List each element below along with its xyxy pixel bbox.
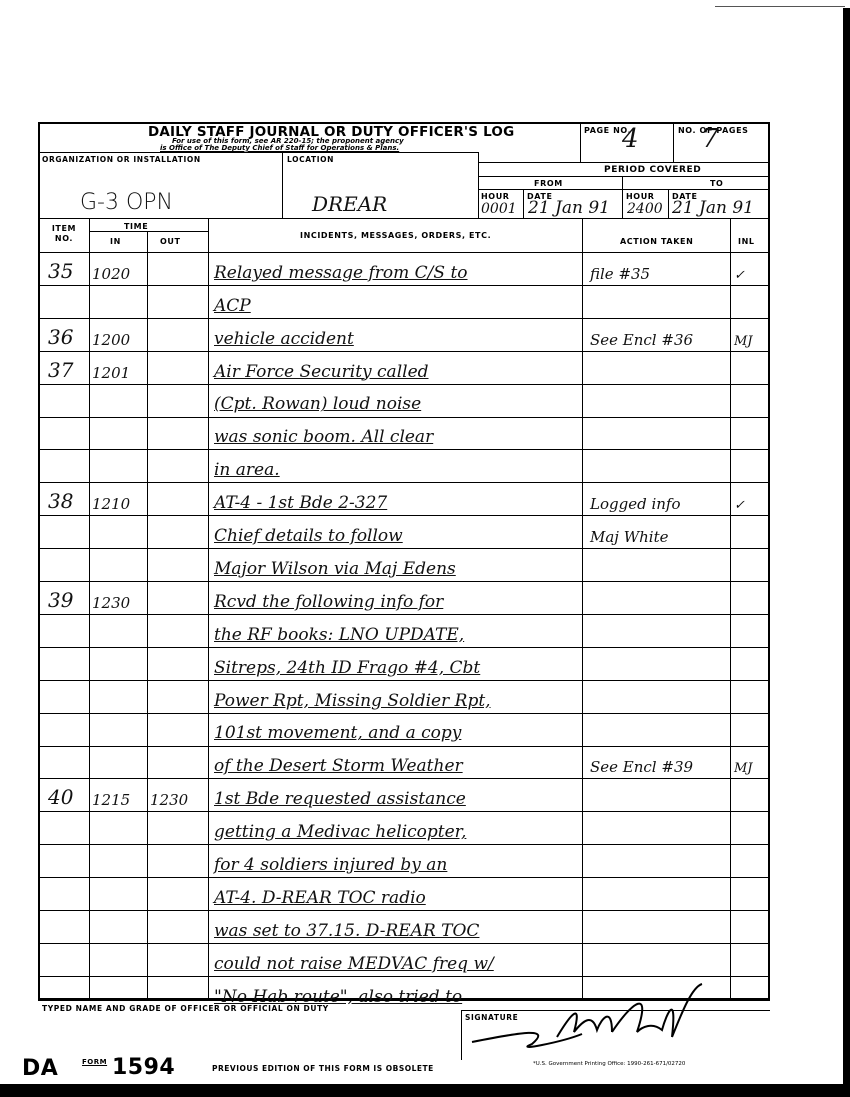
action-taken-cell[interactable]: See Encl #36 — [590, 331, 693, 349]
from-hour-label: HOUR — [481, 192, 510, 201]
incidents-header: INCIDENTS, MESSAGES, ORDERS, ETC. — [300, 231, 491, 240]
previous-edition-note: PREVIOUS EDITION OF THIS FORM IS OBSOLET… — [212, 1064, 434, 1073]
action-taken-cell[interactable]: file #35 — [590, 265, 650, 283]
inl-cell[interactable]: MJ — [734, 334, 753, 349]
item-no-cell[interactable]: 38 — [48, 489, 73, 513]
from-date-value[interactable]: 21 Jan 91 — [528, 198, 610, 218]
from-hour-value[interactable]: 0001 — [481, 201, 517, 217]
row-divider — [38, 548, 770, 549]
time-in-cell[interactable]: 1200 — [92, 331, 130, 349]
time-in-header: IN — [110, 237, 121, 246]
divider — [282, 152, 283, 218]
divider — [478, 152, 479, 218]
divider — [668, 189, 669, 218]
divider — [523, 189, 524, 218]
divider — [673, 122, 674, 162]
table-row: of the Desert Storm WeatherSee Encl #39M… — [38, 746, 770, 779]
table-row: Sitreps, 24th ID Frago #4, Cbt — [38, 647, 770, 680]
divider — [580, 122, 581, 162]
incident-cell[interactable]: Sitreps, 24th ID Frago #4, Cbt — [214, 658, 480, 678]
table-row: 351020Relayed message from C/S tofile #3… — [38, 252, 770, 285]
table-row: 101st movement, and a copy — [38, 713, 770, 746]
time-in-cell[interactable]: 1230 — [92, 594, 130, 612]
item-no-cell[interactable]: 36 — [48, 325, 73, 349]
time-in-cell[interactable]: 1020 — [92, 265, 130, 283]
incident-cell[interactable]: Relayed message from C/S to — [214, 263, 468, 283]
row-divider — [38, 384, 770, 385]
table-row: in area. — [38, 449, 770, 482]
divider — [478, 176, 770, 177]
incident-cell[interactable]: Major Wilson via Maj Edens — [214, 559, 456, 579]
row-divider — [38, 252, 770, 253]
incident-cell[interactable]: the RF books: LNO UPDATE, — [214, 625, 464, 645]
form-prefix: DA — [22, 1056, 58, 1081]
incident-cell[interactable]: for 4 soldiers injured by an — [214, 855, 447, 875]
time-out-cell[interactable]: 1230 — [150, 791, 188, 809]
row-divider — [38, 976, 770, 977]
form-word: FORM — [82, 1058, 107, 1066]
organization-value[interactable]: G-3 OPN — [80, 190, 173, 215]
printing-office-note: *U.S. Government Printing Office: 1990-2… — [533, 1061, 685, 1067]
action-taken-header: ACTION TAKEN — [620, 237, 693, 246]
to-hour-value[interactable]: 2400 — [627, 201, 663, 217]
action-taken-cell[interactable]: See Encl #39 — [590, 758, 693, 776]
time-in-cell[interactable]: 1215 — [92, 791, 130, 809]
to-hour-label: HOUR — [626, 192, 655, 201]
incident-cell[interactable]: AT-4. D-REAR TOC radio — [214, 888, 426, 908]
item-no-cell[interactable]: 39 — [48, 588, 73, 612]
location-value[interactable]: DREAR — [312, 192, 387, 216]
time-out-header: OUT — [160, 237, 181, 246]
time-in-cell[interactable]: 1201 — [92, 364, 130, 382]
row-divider — [38, 417, 770, 418]
organization-label: ORGANIZATION OR INSTALLATION — [42, 155, 201, 164]
table-row: 361200vehicle accidentSee Encl #36MJ — [38, 318, 770, 351]
item-no-cell[interactable]: 35 — [48, 259, 73, 283]
table-row: 40121512301st Bde requested assistance — [38, 778, 770, 811]
divider — [478, 189, 770, 190]
form-number: 1594 — [112, 1055, 175, 1080]
signature-scribble-icon — [462, 982, 762, 1052]
incident-cell[interactable]: Air Force Security called — [214, 362, 429, 382]
from-label: FROM — [534, 179, 563, 188]
table-row: was set to 37.15. D-REAR TOC — [38, 910, 770, 943]
table-row: Power Rpt, Missing Soldier Rpt, — [38, 680, 770, 713]
table-row: 381210AT-4 - 1st Bde 2-327Logged info✓ — [38, 482, 770, 515]
row-divider — [38, 647, 770, 648]
incident-cell[interactable]: getting a Medivac helicopter, — [214, 822, 466, 842]
incident-cell[interactable]: was set to 37.15. D-REAR TOC — [214, 921, 479, 941]
to-date-value[interactable]: 21 Jan 91 — [672, 198, 754, 218]
incident-cell[interactable]: ACP — [214, 296, 251, 316]
scan-edge-top-line — [715, 6, 845, 7]
period-covered-label: PERIOD COVERED — [604, 165, 701, 175]
divider — [38, 152, 478, 153]
row-divider — [38, 778, 770, 779]
scan-edge-bottom — [0, 1084, 850, 1097]
table-row: for 4 soldiers injured by an — [38, 844, 770, 877]
item-no-header: ITEM NO. — [44, 224, 84, 244]
action-taken-cell[interactable]: Logged info — [590, 495, 680, 513]
table-row: Major Wilson via Maj Edens — [38, 548, 770, 581]
table-row: (Cpt. Rowan) loud noise — [38, 384, 770, 417]
incident-cell[interactable]: 101st movement, and a copy — [214, 723, 461, 743]
table-row: AT-4. D-REAR TOC radio — [38, 877, 770, 910]
to-label: TO — [710, 179, 723, 188]
row-divider — [38, 844, 770, 845]
row-divider — [38, 351, 770, 352]
row-divider — [38, 614, 770, 615]
incident-cell[interactable]: Rcvd the following info for — [214, 592, 443, 612]
table-row: the RF books: LNO UPDATE, — [38, 614, 770, 647]
signature-field[interactable] — [462, 1022, 762, 1060]
incident-cell[interactable]: (Cpt. Rowan) loud noise — [214, 394, 421, 414]
divider — [622, 176, 623, 218]
item-no-cell[interactable]: 40 — [48, 785, 73, 809]
table-row: was sonic boom. All clear — [38, 417, 770, 450]
row-divider — [38, 449, 770, 450]
incident-cell[interactable]: was sonic boom. All clear — [214, 427, 433, 447]
incident-cell[interactable]: 1st Bde requested assistance — [214, 789, 466, 809]
inl-cell[interactable]: ✓ — [734, 498, 745, 513]
inl-cell[interactable]: MJ — [734, 761, 753, 776]
scan-edge-right — [843, 8, 850, 1097]
table-row: 371201Air Force Security called — [38, 351, 770, 384]
row-divider — [38, 877, 770, 878]
time-header: TIME — [124, 222, 148, 231]
divider — [89, 231, 208, 232]
table-row: 391230Rcvd the following info for — [38, 581, 770, 614]
table-row: could not raise MEDVAC freq w/ — [38, 943, 770, 976]
row-divider — [38, 285, 770, 286]
inl-header: INL — [738, 237, 755, 246]
incident-cell[interactable]: in area. — [214, 460, 280, 480]
divider — [478, 162, 770, 163]
row-divider — [38, 746, 770, 747]
row-divider — [38, 515, 770, 516]
inl-cell[interactable]: ✓ — [734, 268, 745, 283]
row-divider — [38, 581, 770, 582]
row-divider — [38, 482, 770, 483]
page-no-value[interactable]: 4 — [622, 124, 639, 154]
incident-cell[interactable]: could not raise MEDVAC freq w/ — [214, 954, 494, 974]
incident-cell[interactable]: Power Rpt, Missing Soldier Rpt, — [214, 691, 491, 711]
table-row: ACP — [38, 285, 770, 318]
table-row: getting a Medivac helicopter, — [38, 811, 770, 844]
item-no-cell[interactable]: 37 — [48, 358, 73, 382]
table-row: Chief details to followMaj White — [38, 515, 770, 548]
row-divider — [38, 910, 770, 911]
row-divider — [38, 318, 770, 319]
row-divider — [38, 943, 770, 944]
no-of-pages-value[interactable]: 7 — [702, 124, 719, 154]
incident-cell[interactable]: AT-4 - 1st Bde 2-327 — [214, 493, 387, 513]
row-divider — [38, 680, 770, 681]
typed-name-field[interactable] — [42, 1016, 452, 1040]
form-subtitle-2: is Office of The Deputy Chief of Staff f… — [160, 144, 399, 152]
location-label: LOCATION — [287, 155, 334, 164]
row-divider — [38, 713, 770, 714]
time-in-cell[interactable]: 1210 — [92, 495, 130, 513]
incident-cell[interactable]: vehicle accident — [214, 329, 354, 349]
incident-cell[interactable]: of the Desert Storm Weather — [214, 756, 463, 776]
incident-cell[interactable]: Chief details to follow — [214, 526, 403, 546]
row-divider — [38, 811, 770, 812]
divider — [38, 218, 770, 219]
action-taken-cell[interactable]: Maj White — [590, 528, 669, 546]
typed-name-label: TYPED NAME AND GRADE OF OFFICER OR OFFIC… — [42, 1004, 329, 1013]
